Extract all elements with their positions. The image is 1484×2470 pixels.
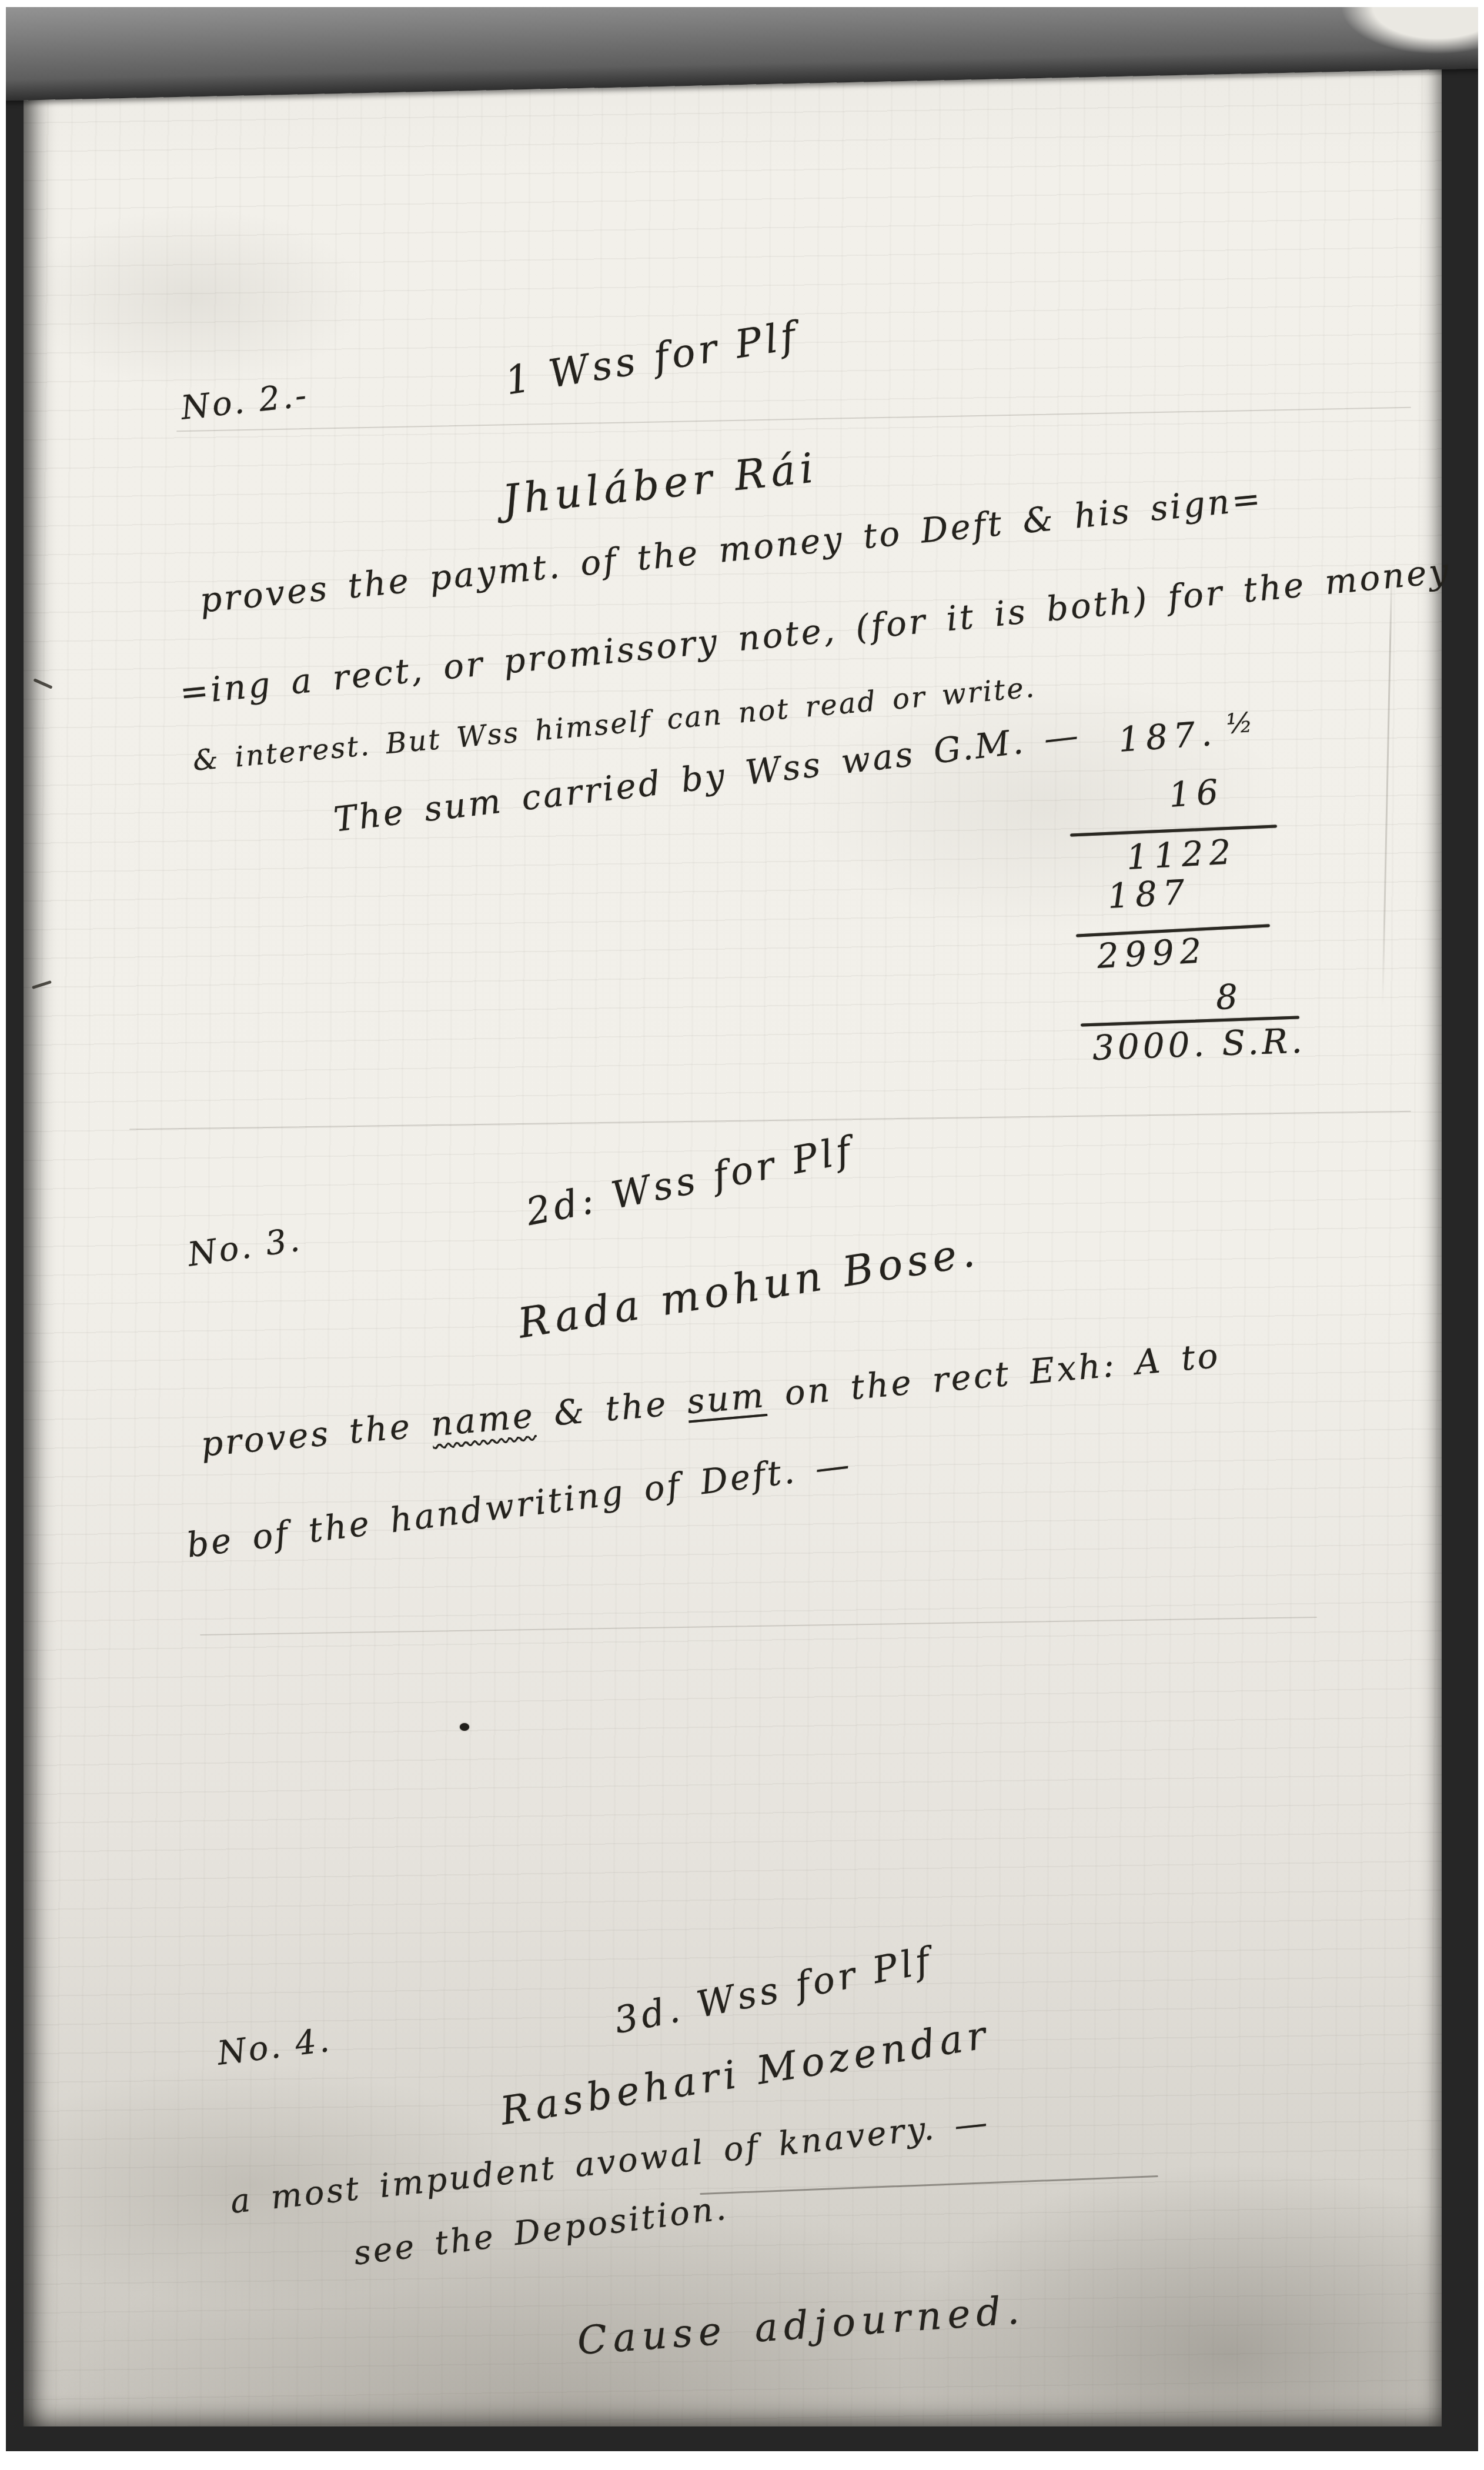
note-text: & the — [533, 1382, 689, 1435]
pen-flourish-dash — [700, 2175, 1158, 2195]
calc-amount-value: 187. — [1117, 713, 1219, 760]
section-3-witness-heading: 2d: Wss for Plf — [523, 1129, 858, 1235]
note-text: on the rect Exh: A to — [764, 1336, 1222, 1415]
note-text: proves the — [199, 1404, 433, 1464]
calc-carry-half: 8 — [1215, 976, 1244, 1017]
calc-multiplier: 16 — [1168, 772, 1225, 815]
page-fore-edge-highlight — [1290, 7, 1478, 78]
underlined-word-sum: sum — [686, 1375, 768, 1421]
section-4-witness-heading: 3d. Wss for Plf — [611, 1938, 937, 2042]
scan-scratch-line — [176, 407, 1411, 432]
calc-partial-product-2: 187 — [1107, 872, 1191, 916]
manuscript-page: No. 2.- 1 Wss for Plf Jhuláber Rái prove… — [24, 7, 1442, 2426]
section-2-witness-name: Jhuláber Rái — [500, 443, 820, 525]
section-3-number-label: No. 3. — [185, 1220, 304, 1274]
calc-amount-gold-mohurs: 187.½ — [1117, 710, 1261, 760]
underlined-word-name: name — [429, 1395, 537, 1444]
calc-partial-product-1: 1122 — [1125, 832, 1238, 877]
margin-pen-mark — [33, 678, 52, 689]
calc-subtotal: 2992 — [1096, 930, 1208, 976]
section-2-witness-heading: 1 Wss for Plf — [502, 313, 802, 404]
margin-pen-mark — [32, 980, 52, 989]
scan-scratch-line — [200, 1617, 1317, 1635]
section-3-witness-name: Rada mohun Bose. — [515, 1227, 982, 1348]
calc-total-sicca-rupees: 3000. S.R. — [1092, 1020, 1306, 1068]
section-4-number-label: No. 4. — [215, 2021, 333, 2073]
scanned-page-photo: No. 2.- 1 Wss for Plf Jhuláber Rái prove… — [6, 7, 1478, 2451]
section-3-note-line-1: proves the name & the sum on the rect Ex… — [199, 1336, 1222, 1464]
ink-blot — [460, 1723, 469, 1731]
calc-amount-fraction: ½ — [1225, 706, 1260, 740]
section-2-number-label: No. 2.- — [179, 376, 310, 427]
paper-crease — [1382, 560, 1393, 1007]
cause-adjourned-note: Cause adjourned. — [576, 2287, 1026, 2364]
scan-scratch-line — [129, 1111, 1411, 1130]
section-3-note-line-2: be of the handwriting of Deft. — — [185, 1444, 854, 1565]
